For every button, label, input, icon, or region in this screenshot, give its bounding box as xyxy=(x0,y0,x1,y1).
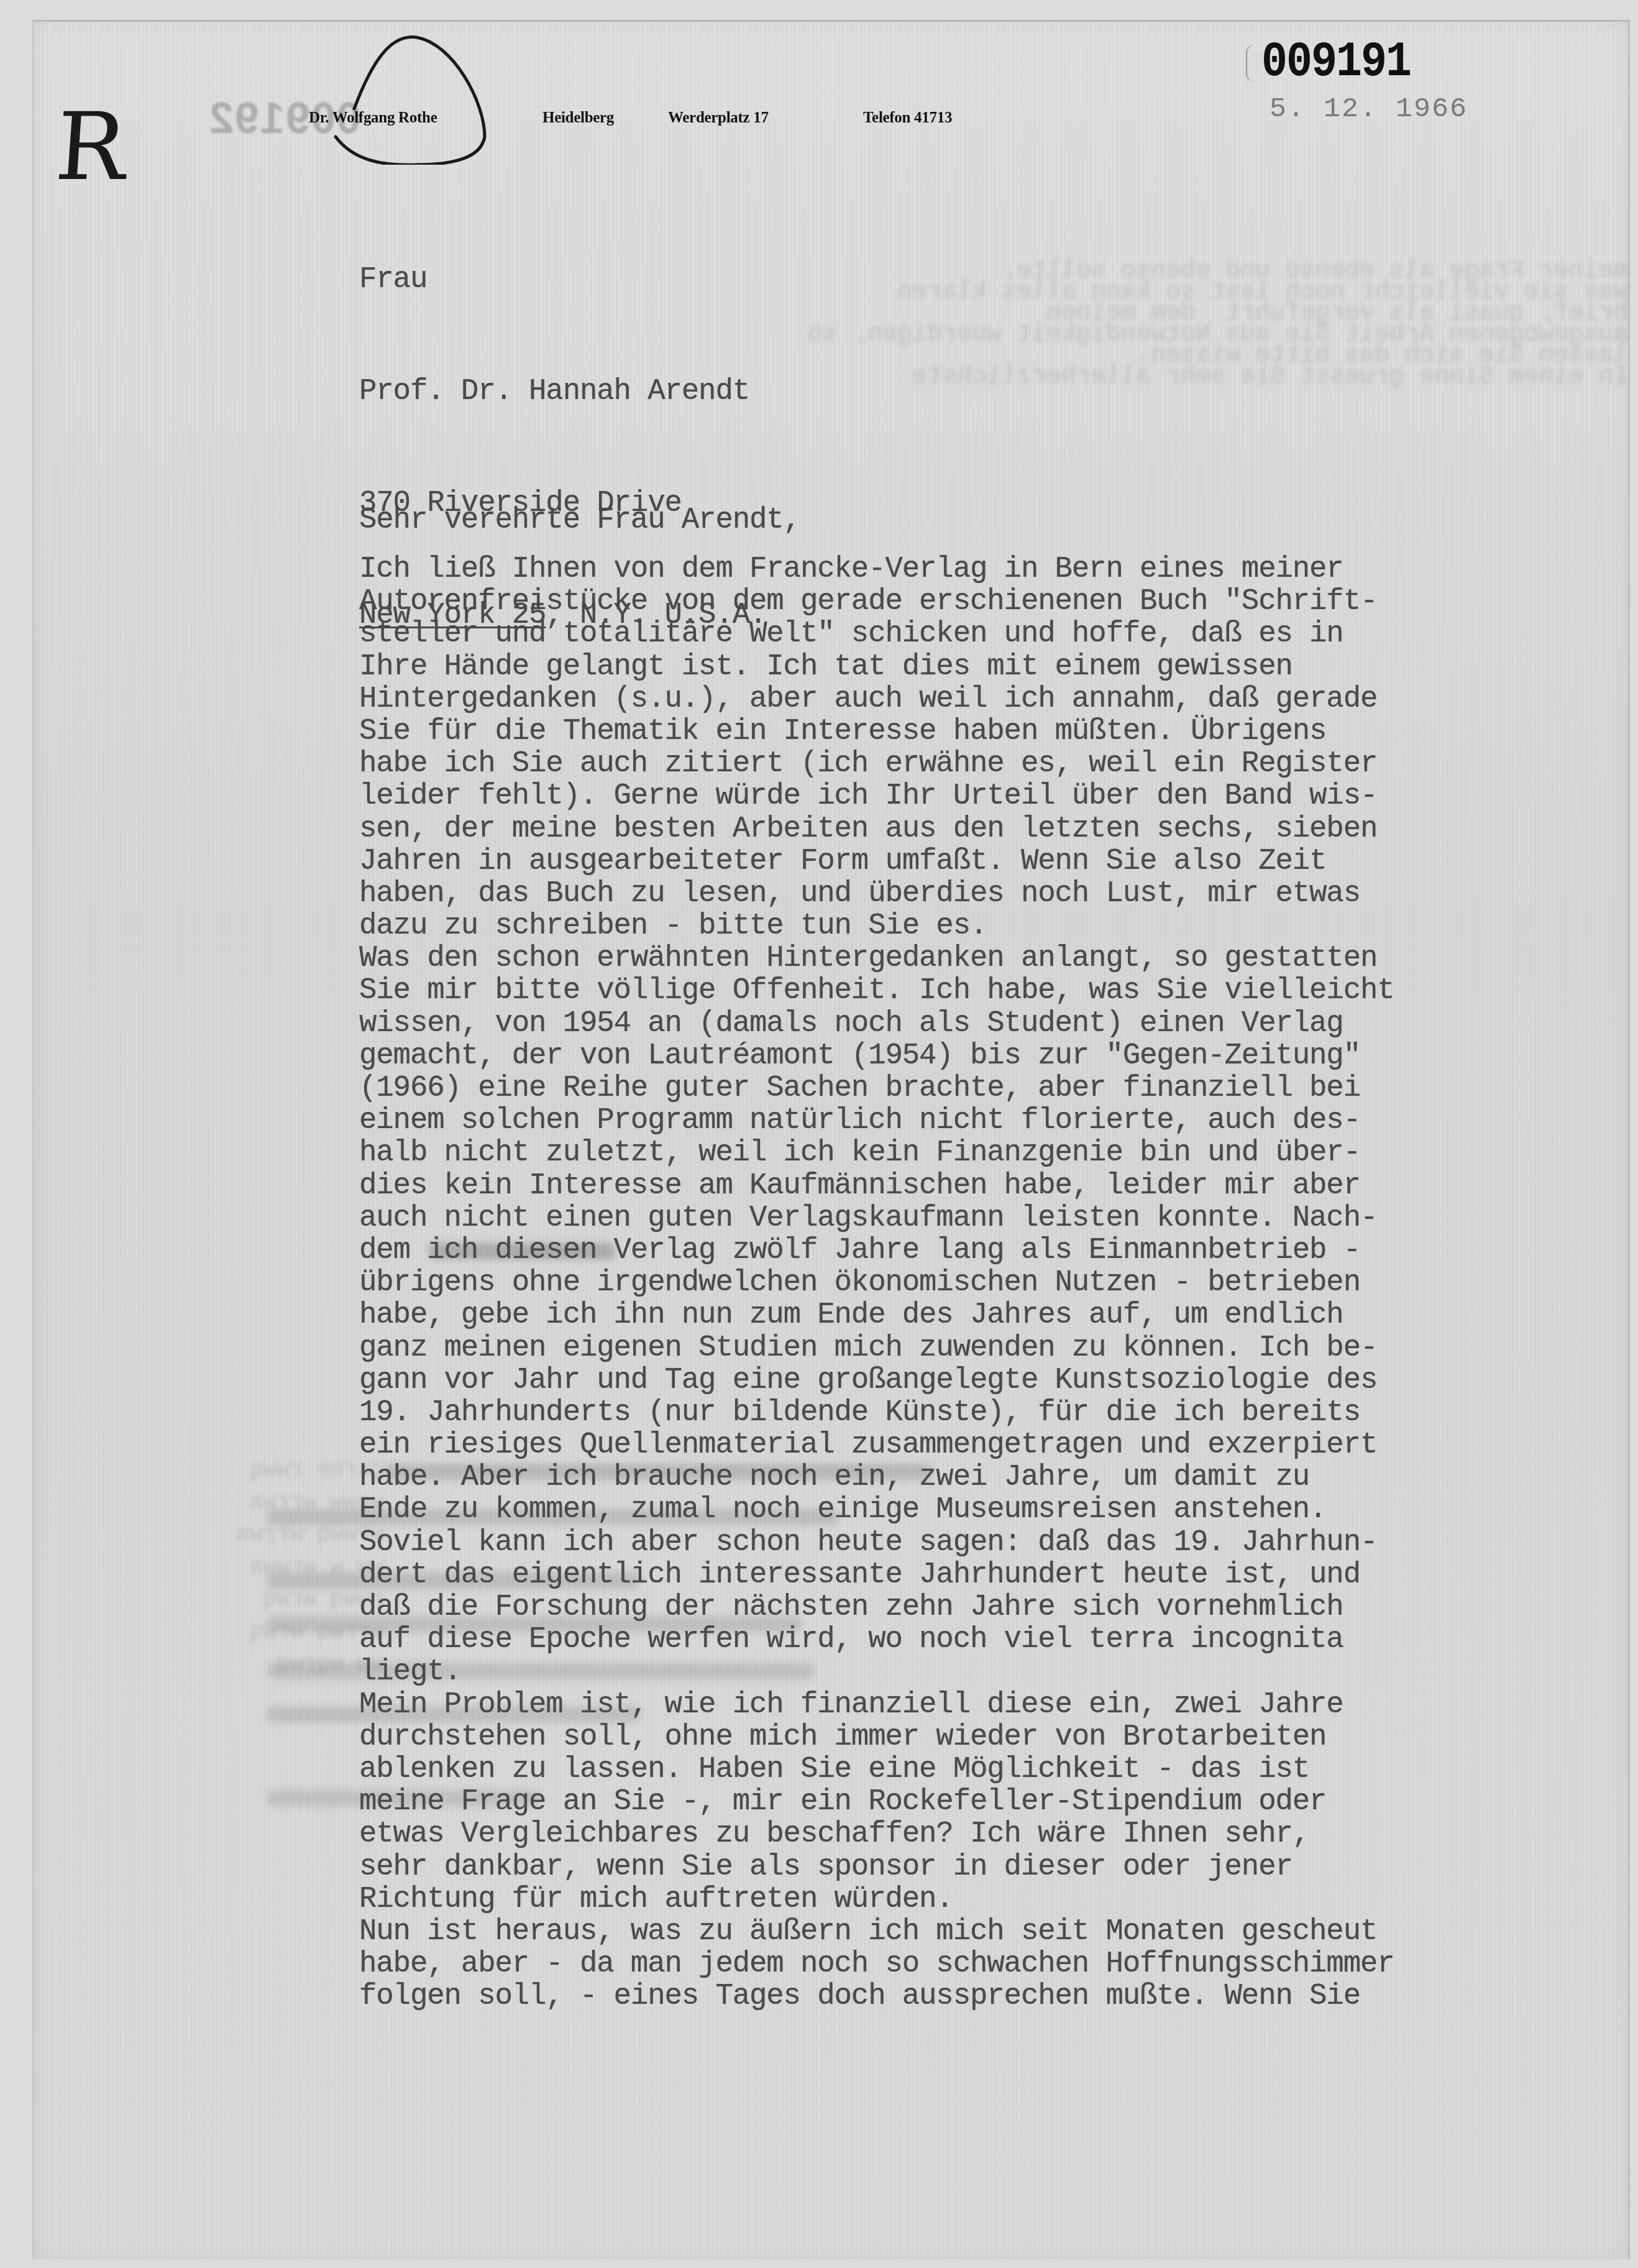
body-line: Was den schon erwähnten Hintergedanken a… xyxy=(359,942,1394,975)
body-line: halb nicht zuletzt, weil ich kein Finanz… xyxy=(359,1137,1394,1169)
body-line: Mein Problem ist, wie ich finanziell die… xyxy=(359,1689,1394,1721)
body-line: folgen soll, - eines Tages doch aussprec… xyxy=(359,1980,1394,2013)
body-line: Sie mir bitte völlige Offenheit. Ich hab… xyxy=(359,975,1394,1007)
letterhead-street: Werderplatz 17 xyxy=(668,109,769,127)
body-line: Jahren in ausgearbeiteter Form umfaßt. W… xyxy=(359,845,1394,878)
body-line: ganz meinen eigenen Studien mich zuwende… xyxy=(359,1332,1394,1364)
letterhead-city: Heidelberg xyxy=(542,109,614,127)
body-line: haben, das Buch zu lesen, und überdies n… xyxy=(359,878,1394,910)
salutation: Sehr verehrte Frau Arendt, xyxy=(359,503,800,537)
scanned-letter-page: meiner Frage als ebenso und ebenso sollt… xyxy=(0,0,1638,2268)
body-line: habe ich Sie auch zitiert (ich erwähne e… xyxy=(359,748,1394,780)
body-line: (1966) eine Reihe guter Sachen brachte, … xyxy=(359,1072,1394,1104)
recipient-line: Frau xyxy=(359,261,766,298)
recipient-line: Prof. Dr. Hannah Arendt xyxy=(359,373,766,410)
handwritten-mark-r: R xyxy=(52,93,130,201)
letterhead-name: Dr. Wolfgang Rothe xyxy=(309,109,437,127)
body-line: einem solchen Programm natürlich nicht f… xyxy=(359,1104,1394,1137)
archive-bracket-mark xyxy=(1246,45,1255,82)
body-line: Ich ließ Ihnen von dem Francke-Verlag in… xyxy=(359,553,1394,585)
body-line: sen, der meine besten Arbeiten aus den l… xyxy=(359,813,1394,845)
body-line: dert das eigentlich interessante Jahrhun… xyxy=(359,1559,1394,1591)
body-line: auf diese Epoche werfen wird, wo noch vi… xyxy=(359,1623,1394,1656)
body-line: Ende zu kommen, zumal noch einige Museum… xyxy=(359,1494,1394,1526)
body-line: meine Frage an Sie -, mir ein Rockefelle… xyxy=(359,1786,1394,1818)
body-line: etwas Vergleichbares zu beschaffen? Ich … xyxy=(359,1818,1394,1850)
body-line: leider fehlt). Gerne würde ich Ihr Urtei… xyxy=(359,780,1394,812)
body-line: liegt. xyxy=(359,1656,1394,1688)
body-line: gann vor Jahr und Tag eine großangelegte… xyxy=(359,1364,1394,1397)
body-line: durchstehen soll, ohne mich immer wieder… xyxy=(359,1721,1394,1753)
body-line: Ihre Hände gelangt ist. Ich tat dies mit… xyxy=(359,651,1394,683)
body-line: 19. Jahrhunderts (nur bildende Künste), … xyxy=(359,1397,1394,1429)
body-line: Richtung für mich auftreten würden. xyxy=(359,1883,1394,1916)
body-line: übrigens ohne irgendwelchen ökonomischen… xyxy=(359,1267,1394,1299)
body-line: Soviel kann ich aber schon heute sagen: … xyxy=(359,1527,1394,1559)
archive-number: 009191 xyxy=(1261,34,1411,91)
body-line: steller und totalitäre Welt" schicken un… xyxy=(359,618,1394,650)
letter-date: 5. 12. 1966 xyxy=(1270,93,1468,125)
hand-drawn-circle-annotation xyxy=(292,34,522,165)
body-line: sehr dankbar, wenn Sie als sponsor in di… xyxy=(359,1851,1394,1883)
bleed-through-top-right: meiner Frage als ebenso und ebenso sollt… xyxy=(808,261,1628,388)
letter-body: Ich ließ Ihnen von dem Francke-Verlag in… xyxy=(359,553,1394,2013)
body-line: auch nicht einen guten Verlagskaufmann l… xyxy=(359,1202,1394,1234)
body-line: Autorenfreistücke von dem gerade erschie… xyxy=(359,585,1394,618)
body-line: Sie für die Thematik ein Interesse haben… xyxy=(359,715,1394,748)
body-line: habe, aber - da man jedem noch so schwac… xyxy=(359,1948,1394,1980)
body-line: dem ich diesen Verlag zwölf Jahre lang a… xyxy=(359,1234,1394,1267)
body-line: habe, gebe ich ihn nun zum Ende des Jahr… xyxy=(359,1299,1394,1331)
body-line: Nun ist heraus, was zu äußern ich mich s… xyxy=(359,1916,1394,1948)
body-line: daß die Forschung der nächsten zehn Jahr… xyxy=(359,1591,1394,1623)
body-line: Hintergedanken (s.u.), aber auch weil ic… xyxy=(359,683,1394,715)
body-line: ein riesiges Quellenmaterial zusammenget… xyxy=(359,1429,1394,1461)
body-line: dazu zu schreiben - bitte tun Sie es. xyxy=(359,910,1394,942)
body-line: ablenken zu lassen. Haben Sie eine Mögli… xyxy=(359,1753,1394,1786)
body-line: habe. Aber ich brauche noch ein, zwei Ja… xyxy=(359,1461,1394,1494)
body-line: gemacht, der von Lautréamont (1954) bis … xyxy=(359,1040,1394,1072)
body-line: wissen, von 1954 an (damals noch als Stu… xyxy=(359,1008,1394,1040)
body-line: dies kein Interesse am Kaufmännischen ha… xyxy=(359,1170,1394,1202)
letterhead-phone: Telefon 41713 xyxy=(863,109,952,127)
